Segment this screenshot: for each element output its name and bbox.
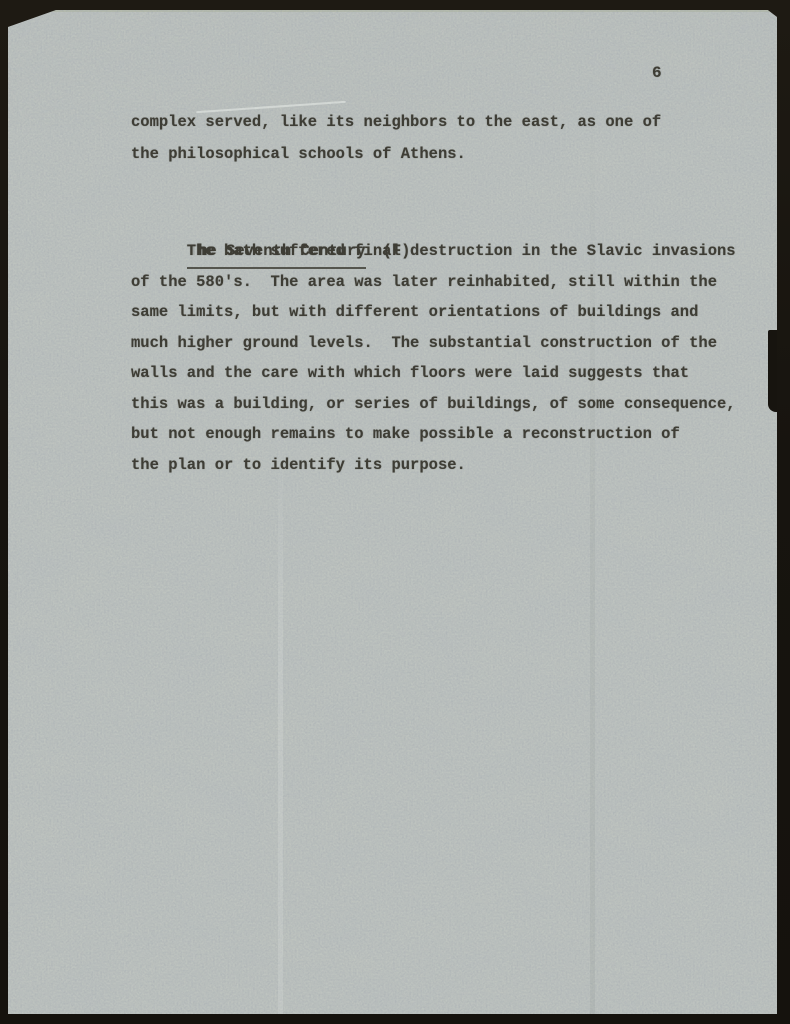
scan-background: 6 complex served, like its neighbors to … [0, 0, 790, 1024]
paper-streak [278, 430, 283, 1014]
text-line: much higher ground levels. The substanti… [131, 328, 736, 359]
text-line: The bath suffered final destruction in t… [131, 236, 736, 267]
text-line: but not enough remains to make possible … [131, 419, 736, 450]
page-number: 6 [652, 64, 662, 82]
text-line: same limits, but with different orientat… [131, 297, 736, 328]
body-paragraph: The bath suffered final destruction in t… [131, 236, 736, 480]
document-page: 6 complex served, like its neighbors to … [8, 10, 777, 1014]
text-line: walls and the care with which floors wer… [131, 358, 736, 389]
text-line: of the 580's. The area was later reinhab… [131, 267, 736, 298]
text-line: the plan or to identify its purpose. [131, 450, 736, 481]
text-line: complex served, like its neighbors to th… [131, 106, 661, 138]
text-line: the philosophical schools of Athens. [131, 138, 661, 170]
intro-paragraph: complex served, like its neighbors to th… [131, 106, 661, 170]
paper-edge-notch [768, 330, 777, 412]
paper-streak [590, 70, 595, 1014]
text-line: this was a building, or series of buildi… [131, 389, 736, 420]
